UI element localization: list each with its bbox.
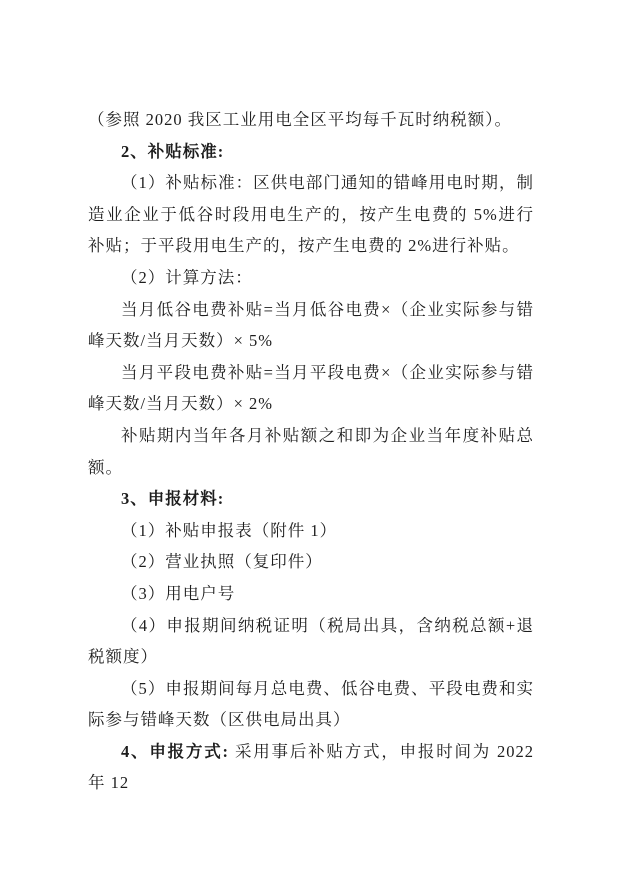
- paragraph-text: （1）补贴标准：区供电部门通知的错峰用电时期，制造业企业于低谷时段用电生产的，按…: [88, 173, 534, 255]
- paragraph-text: （3）用电户号: [121, 584, 235, 603]
- paragraph-text: （参照 2020 我区工业用电全区平均每千瓦时纳税额）。: [88, 110, 512, 129]
- paragraph-bold-lead: 4、申报方式:: [121, 742, 229, 761]
- paragraph-annual-total: 补贴期内当年各月补贴额之和即为企业当年度补贴总额。: [88, 420, 534, 483]
- paragraph-text: （2）计算方法：: [121, 268, 253, 287]
- paragraph-formula-flat: 当月平段电费补贴=当月平段电费×（企业实际参与错峰天数/当月天数）× 2%: [88, 357, 534, 420]
- paragraph-material-4: （4）申报期间纳税证明（税局出具，含纳税总额+退税额度）: [88, 610, 534, 673]
- heading-application-materials: 3、申报材料:: [88, 483, 534, 515]
- paragraph-text: （1）补贴申报表（附件 1）: [121, 521, 337, 540]
- paragraph-text: （4）申报期间纳税证明（税局出具，含纳税总额+退税额度）: [88, 616, 534, 667]
- paragraph-text: 当月平段电费补贴=当月平段电费×（企业实际参与错峰天数/当月天数）× 2%: [88, 363, 534, 414]
- paragraph-subsidy-standard-detail: （1）补贴标准：区供电部门通知的错峰用电时期，制造业企业于低谷时段用电生产的，按…: [88, 167, 534, 262]
- heading-application-method: 4、申报方式: 采用事后补贴方式，申报时间为 2022 年 12: [88, 736, 534, 799]
- paragraph-calculation-method-label: （2）计算方法：: [88, 262, 534, 294]
- paragraph-text: 补贴期内当年各月补贴额之和即为企业当年度补贴总额。: [88, 426, 534, 477]
- paragraph-bold-lead: 2、补贴标准:: [121, 142, 224, 161]
- paragraph-text: （2）营业执照（复印件）: [121, 552, 323, 571]
- paragraph-bold-lead: 3、申报材料:: [121, 489, 224, 508]
- paragraph-material-5: （5）申报期间每月总电费、低谷电费、平段电费和实际参与错峰天数（区供电局出具）: [88, 673, 534, 736]
- paragraph-text: 当月低谷电费补贴=当月低谷电费×（企业实际参与错峰天数/当月天数）× 5%: [88, 300, 534, 351]
- paragraph-material-2: （2）营业执照（复印件）: [88, 546, 534, 578]
- paragraph-formula-valley: 当月低谷电费补贴=当月低谷电费×（企业实际参与错峰天数/当月天数）× 5%: [88, 294, 534, 357]
- paragraph-material-3: （3）用电户号: [88, 578, 534, 610]
- heading-subsidy-standard: 2、补贴标准:: [88, 136, 534, 168]
- document-text-block: （参照 2020 我区工业用电全区平均每千瓦时纳税额）。 2、补贴标准: （1）…: [88, 104, 534, 799]
- paragraph-text: （5）申报期间每月总电费、低谷电费、平段电费和实际参与错峰天数（区供电局出具）: [88, 679, 534, 730]
- paragraph-material-1: （1）补贴申报表（附件 1）: [88, 515, 534, 547]
- document-page: （参照 2020 我区工业用电全区平均每千瓦时纳税额）。 2、补贴标准: （1）…: [0, 0, 617, 875]
- paragraph-continuation: （参照 2020 我区工业用电全区平均每千瓦时纳税额）。: [88, 104, 534, 136]
